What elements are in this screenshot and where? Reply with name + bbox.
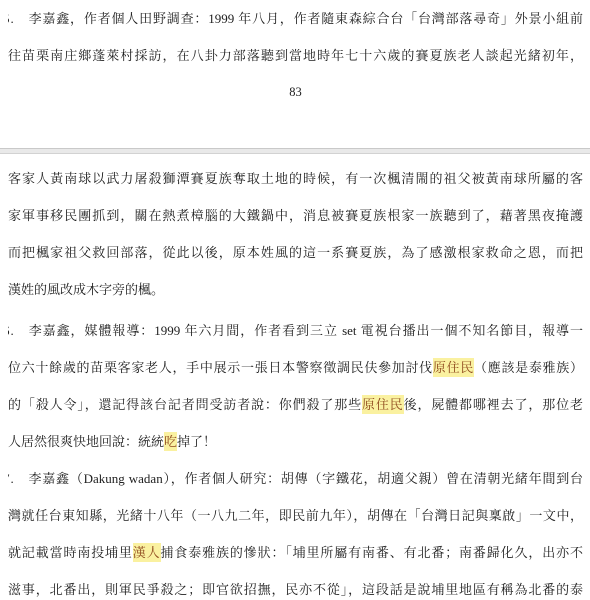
text-segment: 李嘉鑫，媒體報導：1999 年六月間，作者看到三立 set 電視台播出一個不知名…	[28, 323, 583, 338]
text-segment: 灣就任台東知縣，光緒十八年（一八九二年，即民前九年），胡傳在「台灣日記與稟啟」一…	[8, 508, 583, 523]
text-line: 客家人黃南球以武力屠殺獅潭賽夏族奪取土地的時候，有一次楓清閙的祖父被黃南球所屬的…	[8, 160, 583, 197]
text-line: 就記載當時南投埔里漢人捕食泰雅族的慘狀：「埔里所屬有南番、有北番；南番歸化久，出…	[8, 534, 583, 571]
text-segment: 後，屍體都哪裡去了，那位老	[404, 397, 583, 412]
text-segment: 而把楓家祖父救回部落，從此以後，原本姓風的這一系賽夏族，為了感激根家救命之恩，而…	[8, 245, 583, 260]
text-segment: 漢姓的風改成木字旁的楓。	[8, 282, 164, 297]
text-segment: 人居然很爽快地回說：統統	[8, 434, 164, 449]
page-number: 83	[8, 74, 583, 111]
paragraph-item-5: 5.李嘉鑫，作者個人田野調查：1999 年八月，作者隨東森綜合台「台灣部落尋奇」…	[8, 0, 583, 74]
text-line: 位六十餘歲的苗栗客家老人，手中展示一張日本警察徵調民伕參加討伐原住民（應該是泰雅…	[8, 349, 583, 386]
text-line: 6.李嘉鑫，媒體報導：1999 年六月間，作者看到三立 set 電視台播出一個不…	[8, 312, 583, 349]
paragraph-item-7: 7.李嘉鑫（Dakung wadan），作者個人研究：胡傳（字鐵花，胡適父親）曾…	[8, 460, 583, 600]
text-segment: 李嘉鑫，作者個人田野調查：1999 年八月，作者隨東森綜合台「台灣部落尋奇」外景…	[28, 11, 583, 26]
list-number: 7.	[8, 460, 15, 497]
text-line: 人居然很爽快地回說：統統吃掉了！	[8, 423, 583, 460]
document-page: 5.李嘉鑫，作者個人田野調查：1999 年八月，作者隨東森綜合台「台灣部落尋奇」…	[0, 0, 590, 600]
list-number: 6.	[8, 312, 15, 349]
text-line: 而把楓家祖父救回部落，從此以後，原本姓風的這一系賽夏族，為了感激根家救命之恩，而…	[8, 234, 583, 271]
paragraph-item-6: 6.李嘉鑫，媒體報導：1999 年六月間，作者看到三立 set 電視台播出一個不…	[8, 312, 583, 460]
text-segment: 往苗栗南庄鄉蓬萊村採訪，在八卦力部落聽到當地時年七十六歲的賽夏族老人談起光緒初年…	[8, 48, 583, 63]
list-number: 5.	[8, 0, 15, 37]
text-line: 5.李嘉鑫，作者個人田野調查：1999 年八月，作者隨東森綜合台「台灣部落尋奇」…	[8, 0, 583, 37]
text-line: 漢姓的風改成木字旁的楓。	[8, 271, 583, 308]
text-line: 往苗栗南庄鄉蓬萊村採訪，在八卦力部落聽到當地時年七十六歲的賽夏族老人談起光緒初年…	[8, 37, 583, 74]
text-segment: 位六十餘歲的苗栗客家老人，手中展示一張日本警察徵調民伕參加討伐	[8, 360, 433, 375]
text-line: 滋事，北番出，則軍民爭殺之；即官欲招撫，民亦不從」，這段話是說埔里地區有稱為北番…	[8, 571, 583, 600]
text-line: 灣就任台東知縣，光緒十八年（一八九二年，即民前九年），胡傳在「台灣日記與稟啟」一…	[8, 497, 583, 534]
highlighted-text: 漢人	[133, 543, 161, 562]
text-segment: 李嘉鑫（Dakung wadan），作者個人研究：胡傳（字鐵花，胡適父親）曾在清…	[28, 471, 583, 486]
text-segment: 捕食泰雅族的慘狀：「埔里所屬有南番、有北番；南番歸化久，出亦不	[161, 545, 583, 560]
text-segment: 就記載當時南投埔里	[8, 545, 133, 560]
highlighted-text: 原住民	[433, 358, 474, 377]
text-segment: 掉了！	[177, 434, 216, 449]
text-segment: 客家人黃南球以武力屠殺獅潭賽夏族奪取土地的時候，有一次楓清閙的祖父被黃南球所屬的…	[8, 171, 583, 186]
highlighted-text: 原住民	[362, 395, 404, 414]
highlighted-text: 吃	[164, 432, 177, 451]
text-segment: 滋事，北番出，則軍民爭殺之；即官欲招撫，民亦不從」，這段話是說埔里地區有稱為北番…	[8, 582, 583, 597]
text-segment: 的「殺人令」，還記得該台記者問受訪者說：你們殺了那些	[8, 397, 362, 412]
text-segment: （應該是泰雅族）	[474, 360, 583, 375]
page-separator	[0, 148, 590, 154]
text-segment: 家軍事移民團抓到，關在熱煮樟腦的大鐵鍋中，消息被賽夏族根家一族聽到了，藉著黑夜掩…	[8, 208, 583, 223]
text-line: 7.李嘉鑫（Dakung wadan），作者個人研究：胡傳（字鐵花，胡適父親）曾…	[8, 460, 583, 497]
paragraph-item-5-continued: 客家人黃南球以武力屠殺獅潭賽夏族奪取土地的時候，有一次楓清閙的祖父被黃南球所屬的…	[8, 160, 583, 308]
text-line: 家軍事移民團抓到，關在熱煮樟腦的大鐵鍋中，消息被賽夏族根家一族聽到了，藉著黑夜掩…	[8, 197, 583, 234]
text-line: 的「殺人令」，還記得該台記者問受訪者說：你們殺了那些原住民後，屍體都哪裡去了，那…	[8, 386, 583, 423]
